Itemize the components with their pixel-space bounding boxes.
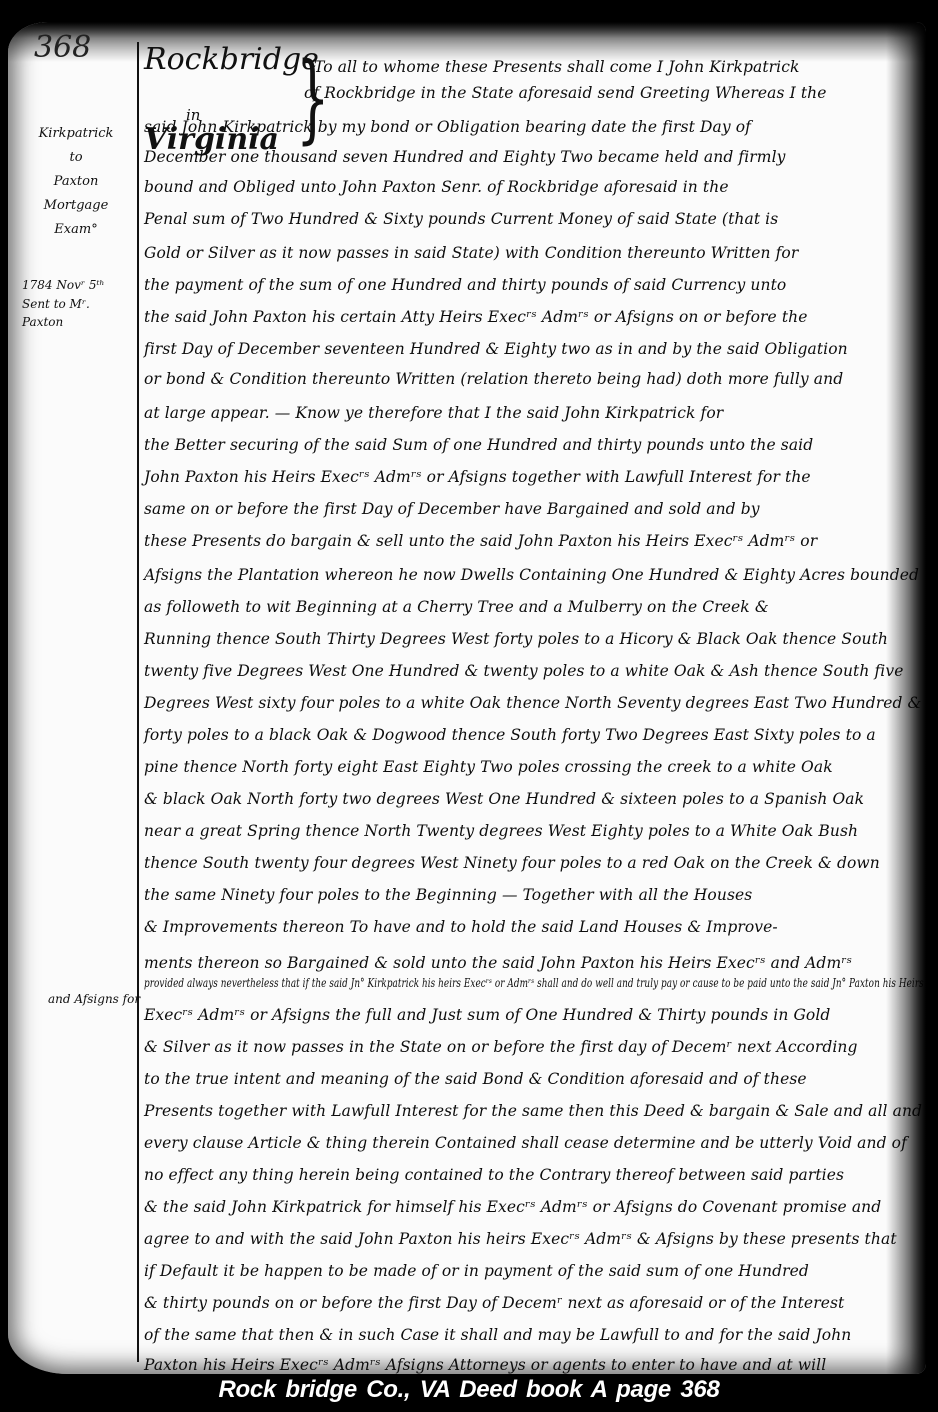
deed-line: ments thereon so Bargained & sold unto t… — [144, 954, 852, 972]
deed-line: same on or before the first Day of Decem… — [144, 500, 760, 518]
deed-line: & Improvements thereon To have and to ho… — [144, 918, 778, 936]
deed-line: To all to whome these Presents shall com… — [314, 58, 800, 76]
deed-line: Degrees West sixty four poles to a white… — [144, 694, 921, 712]
deed-line: & thirty pounds on or before the first D… — [144, 1294, 844, 1312]
deed-line: to the true intent and meaning of the sa… — [144, 1070, 807, 1088]
deed-line: agree to and with the said John Paxton h… — [144, 1230, 897, 1248]
deed-line: at large appear. — Know ye therefore tha… — [144, 404, 723, 422]
deed-line: Running thence South Thirty Degrees West… — [144, 630, 888, 648]
deed-line: Presents together with Lawfull Interest … — [144, 1102, 922, 1120]
margin-note-line: Sent to Mʳ. — [22, 295, 137, 314]
deed-line: bound and Obliged unto John Paxton Senr.… — [144, 178, 729, 196]
deed-line: the payment of the sum of one Hundred an… — [144, 276, 786, 294]
deed-line: & Silver as it now passes in the State o… — [144, 1038, 858, 1056]
deed-line: & the said John Kirkpatrick for himself … — [144, 1198, 881, 1216]
margin-note-line: Paxton — [26, 170, 126, 194]
deed-line: pine thence North forty eight East Eight… — [144, 758, 833, 776]
deed-line: Gold or Silver as it now passes in said … — [144, 244, 798, 262]
margin-note-line: to — [26, 146, 126, 170]
margin-note-line: Exam° — [26, 218, 126, 242]
deed-line: the said John Paxton his certain Atty He… — [144, 308, 808, 326]
deed-line-interlined: provided always nevertheless that if the… — [144, 976, 924, 990]
deed-line: or bond & Condition thereunto Written (r… — [144, 370, 843, 388]
deed-page-scan: 368 Rockbridge in Virginia } Kirkpatrick… — [8, 22, 926, 1374]
deed-line: of Rockbridge in the State aforesaid sen… — [304, 84, 827, 102]
image-caption: Rock bridge Co., VA Deed book A page 368 — [0, 1376, 938, 1410]
deed-line: forty poles to a black Oak & Dogwood the… — [144, 726, 876, 744]
deed-line: Penal sum of Two Hundred & Sixty pounds … — [144, 210, 778, 228]
deed-line: John Paxton his Heirs Execʳˢ Admʳˢ or Af… — [144, 468, 811, 486]
deed-line: near a great Spring thence North Twenty … — [144, 822, 858, 840]
margin-note-line: Paxton — [22, 313, 137, 332]
deed-line: no effect any thing herein being contain… — [144, 1166, 844, 1184]
margin-note-insertion: and Afsigns for — [48, 990, 140, 1009]
deed-line: of the same that then & in such Case it … — [144, 1326, 851, 1344]
deed-line: the Better securing of the said Sum of o… — [144, 436, 813, 454]
margin-note-line: 1784 Novʳ 5ᵗʰ — [22, 276, 137, 295]
page-number: 368 — [34, 30, 91, 65]
deed-line: the same Ninety four poles to the Beginn… — [144, 886, 752, 904]
margin-note-line: Kirkpatrick — [26, 122, 126, 146]
deed-line: Execʳˢ Admʳˢ or Afsigns the full and Jus… — [144, 1006, 830, 1024]
margin-note-title: Kirkpatrick to Paxton Mortgage Exam° — [26, 122, 126, 242]
deed-line: twenty five Degrees West One Hundred & t… — [144, 662, 904, 680]
margin-note-recorded: 1784 Novʳ 5ᵗʰ Sent to Mʳ. Paxton — [22, 276, 137, 332]
margin-note-line: Mortgage — [26, 194, 126, 218]
deed-line: thence South twenty four degrees West Ni… — [144, 854, 880, 872]
deed-line: first Day of December seventeen Hundred … — [144, 340, 848, 358]
deed-line: every clause Article & thing therein Con… — [144, 1134, 907, 1152]
deed-line: as followeth to wit Beginning at a Cherr… — [144, 598, 769, 616]
margin-rule — [137, 42, 139, 1362]
heading-county: Rockbridge — [144, 42, 319, 77]
deed-line: December one thousand seven Hundred and … — [144, 148, 786, 166]
deed-line: said John Kirkpatrick by my bond or Obli… — [144, 118, 751, 136]
deed-line: these Presents do bargain & sell unto th… — [144, 532, 817, 550]
deed-line: if Default it be happen to be made of or… — [144, 1262, 809, 1280]
deed-line: Paxton his Heirs Execʳˢ Admʳˢ Afsigns At… — [144, 1356, 826, 1374]
deed-line: & black Oak North forty two degrees West… — [144, 790, 864, 808]
deed-line: Afsigns the Plantation whereon he now Dw… — [144, 566, 919, 584]
